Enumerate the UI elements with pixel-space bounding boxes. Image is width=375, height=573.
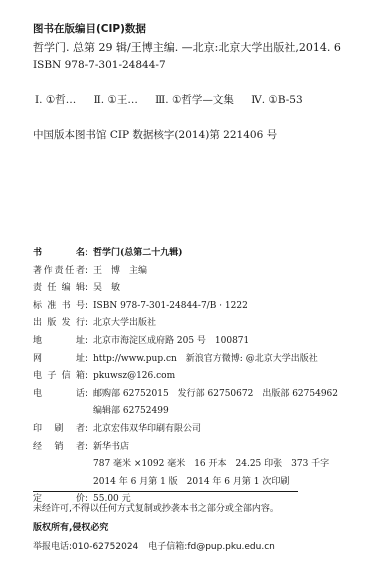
colon: : <box>85 280 93 298</box>
colophon-value: ISBN 978-7-301-24844-7/B · 1222 <box>93 298 248 316</box>
colophon-value: 新华书店 <box>93 439 129 457</box>
colophon-label: 标准书号 <box>33 298 85 316</box>
colon: : <box>85 263 93 281</box>
colophon-value: http://www.pup.cn 新浪官方微博: @北京大学出版社 <box>93 351 318 369</box>
colon: : <box>85 245 93 263</box>
colophon-row: 2014 年 6 月第 1 版 2014 年 6 月第 1 次印刷 <box>33 474 338 492</box>
colophon-row: 经销者:新华书店 <box>33 439 338 457</box>
report-email: 电子信箱:fd@pup.pku.edu.cn <box>148 542 275 552</box>
classification-item: Ⅳ. ①B-53 <box>251 94 302 106</box>
colophon-row: 地址:北京市海淀区成府路 205 号 100871 <box>33 333 338 351</box>
colon: : <box>85 421 93 439</box>
colophon-label: 地址 <box>33 333 85 351</box>
colophon-row: 电子信箱:pkuwsz@126.com <box>33 368 338 386</box>
colophon-value: 王 博 主编 <box>93 263 147 281</box>
classification-item: Ⅰ. ①哲… <box>35 94 76 106</box>
cip-bibliographic-line: 哲学门. 总第 29 辑/王博主编. —北京:北京大学出版社,2014. 6 <box>33 39 341 55</box>
colophon-label: 经销者 <box>33 439 85 457</box>
rights-reserved: 版权所有,侵权必究 <box>33 520 108 533</box>
colophon-table: 书名:哲学门(总第二十九辑)著作责任者:王 博 主编责任编辑:吴 敏标准书号:I… <box>33 245 338 509</box>
colophon-value: 2014 年 6 月第 1 版 2014 年 6 月第 1 次印刷 <box>33 474 289 492</box>
classification-item: Ⅲ. ①哲学—文集 <box>155 94 234 106</box>
colophon-value: 787 毫米 ×1092 毫米 16 开本 24.25 印张 373 千字 <box>33 456 329 474</box>
copyright-notice: 未经许可,不得以任何方式复制或抄袭本书之部分或全部内容。 <box>33 501 279 514</box>
colon: : <box>85 386 93 404</box>
colophon-value: 邮购部 62752015 发行部 62750672 出版部 62754962 <box>93 386 338 404</box>
colophon-value: 北京宏伟双华印刷有限公司 <box>93 421 201 439</box>
colophon-label: 网址 <box>33 351 85 369</box>
colophon-label: 责任编辑 <box>33 280 85 298</box>
colophon-label: 出版发行 <box>33 315 85 333</box>
colon: : <box>85 368 93 386</box>
colophon-label: 电子信箱 <box>33 368 85 386</box>
colophon-row: 编辑部 62752499 <box>33 403 338 421</box>
report-contact: 举报电话:010-62752024电子信箱:fd@pup.pku.edu.cn <box>33 539 275 552</box>
report-phone: 举报电话:010-62752024 <box>33 542 138 552</box>
colophon-value: pkuwsz@126.com <box>93 368 175 386</box>
colophon-row: 印刷者:北京宏伟双华印刷有限公司 <box>33 421 338 439</box>
colophon-label: 书名 <box>33 245 85 263</box>
classification-item: Ⅱ. ①王… <box>94 94 138 106</box>
colophon-row: 责任编辑:吴 敏 <box>33 280 338 298</box>
cip-classification: Ⅰ. ①哲… Ⅱ. ①王… Ⅲ. ①哲学—文集 Ⅳ. ①B-53 <box>35 92 317 107</box>
colon: : <box>85 351 93 369</box>
colophon-label: 著作责任者 <box>33 263 85 281</box>
colophon-row: 网址:http://www.pup.cn 新浪官方微博: @北京大学出版社 <box>33 351 338 369</box>
colophon-label: 电话 <box>33 386 85 404</box>
colon: : <box>85 315 93 333</box>
colophon-value: 吴 敏 <box>93 280 120 298</box>
colon: : <box>85 439 93 457</box>
cip-approval-number: 中国版本图书馆 CIP 数据核字(2014)第 221406 号 <box>33 127 277 142</box>
cip-isbn: ISBN 978-7-301-24844-7 <box>33 59 166 71</box>
colophon-row: 出版发行:北京大学出版社 <box>33 315 338 333</box>
colophon-row: 787 毫米 ×1092 毫米 16 开本 24.25 印张 373 千字 <box>33 456 338 474</box>
colophon-row: 电话:邮购部 62752015 发行部 62750672 出版部 6275496… <box>33 386 338 404</box>
colophon-row: 书名:哲学门(总第二十九辑) <box>33 245 338 263</box>
colophon-value: 北京市海淀区成府路 205 号 100871 <box>93 333 249 351</box>
colophon-value: 哲学门(总第二十九辑) <box>93 245 183 263</box>
colophon-row: 著作责任者:王 博 主编 <box>33 263 338 281</box>
colophon-row: 标准书号:ISBN 978-7-301-24844-7/B · 1222 <box>33 298 338 316</box>
colophon-label: 印刷者 <box>33 421 85 439</box>
divider <box>33 491 298 492</box>
colon: : <box>85 298 93 316</box>
colon: : <box>85 333 93 351</box>
cip-title: 图书在版编目(CIP)数据 <box>33 21 146 36</box>
colophon-value: 北京大学出版社 <box>93 315 156 333</box>
colophon-value: 编辑部 62752499 <box>33 403 169 421</box>
